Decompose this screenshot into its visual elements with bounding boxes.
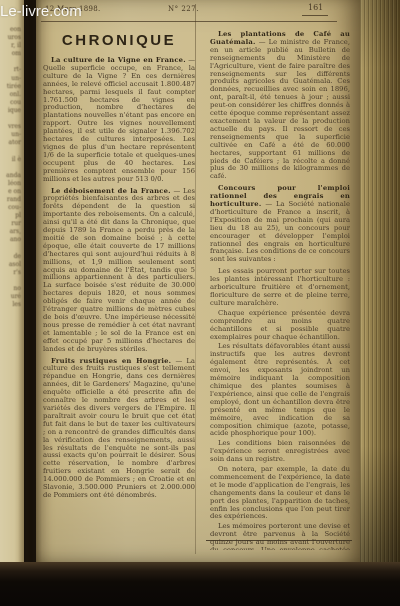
masthead-page-number: 161 — [308, 3, 323, 12]
chronique-section-title: CHRONIQUE — [43, 32, 195, 49]
article-body: — Le ministre de France, en un article p… — [210, 38, 350, 180]
page-masthead: 12 Mars 1898. N° 227. 161 — [36, 0, 360, 26]
concours-paragraph: Les essais pourront porter sur toutes le… — [210, 268, 350, 308]
concours-paragraph: Chaque expérience présentée devra compre… — [210, 310, 350, 342]
right-column: Les plantations de Café au Guatémala. — … — [204, 26, 350, 550]
concours-paragraph: On notera, par exemple, la date du comme… — [210, 466, 350, 521]
book-scan-photo: eon uros r, il om rt- un- tirée onl. cou… — [0, 0, 400, 606]
left-column: CHRONIQUE La culture de la Vigne en Fran… — [43, 26, 195, 550]
two-column-body: CHRONIQUE La culture de la Vigne en Fran… — [43, 26, 350, 550]
masthead-rule — [41, 21, 337, 22]
article-cafe-guatemala: Les plantations de Café au Guatémala. — … — [210, 31, 350, 181]
book-page-block-edge — [358, 0, 400, 572]
article-title: Fruits rustiques en Hongrie. — [51, 357, 171, 365]
journal-page: 12 Mars 1898. N° 227. 161 CHRONIQUE La c… — [36, 0, 360, 568]
end-of-article-rule — [206, 540, 352, 543]
article-body: — Les propriétés bienfaisantes des arbre… — [43, 187, 195, 353]
article-body: — Quelle superficie occupe, en France, l… — [43, 56, 195, 183]
facing-page-edge: eon uros r, il om rt- un- tirée onl. cou… — [0, 0, 24, 568]
le-livre-watermark: Le-livre.com — [0, 3, 82, 20]
facing-page-text-fragments: eon uros r, il om rt- un- tirée onl. cou… — [0, 0, 24, 309]
concours-paragraph: Les conditions bien raisonnées de l'expé… — [210, 440, 350, 464]
page-number-rule — [302, 15, 328, 16]
article-body: — La culture des fruits rustiques s'est … — [43, 357, 195, 499]
article-concours-engrais: Concours pour l'emploi rationnel des eng… — [210, 185, 350, 264]
column-divider-rule — [195, 4, 196, 554]
article-deboisement-france: Le déboisement de la France. — Les propr… — [43, 188, 195, 354]
dark-table-backdrop — [0, 562, 400, 606]
article-title: Le déboisement de la France. — [51, 187, 171, 195]
article-fruits-hongrie: Fruits rustiques en Hongrie. — La cultur… — [43, 358, 195, 500]
concours-paragraph: Les mémoires porteront une devise et dev… — [210, 523, 350, 550]
article-intro: — La Société nationale d'horticulture de… — [210, 200, 350, 263]
article-vigne-en-france: La culture de la Vigne en France. — Quel… — [43, 57, 195, 184]
article-title: La culture de la Vigne en France. — [51, 56, 186, 64]
concours-paragraph: Les résultats défavorables étant aussi i… — [210, 343, 350, 438]
